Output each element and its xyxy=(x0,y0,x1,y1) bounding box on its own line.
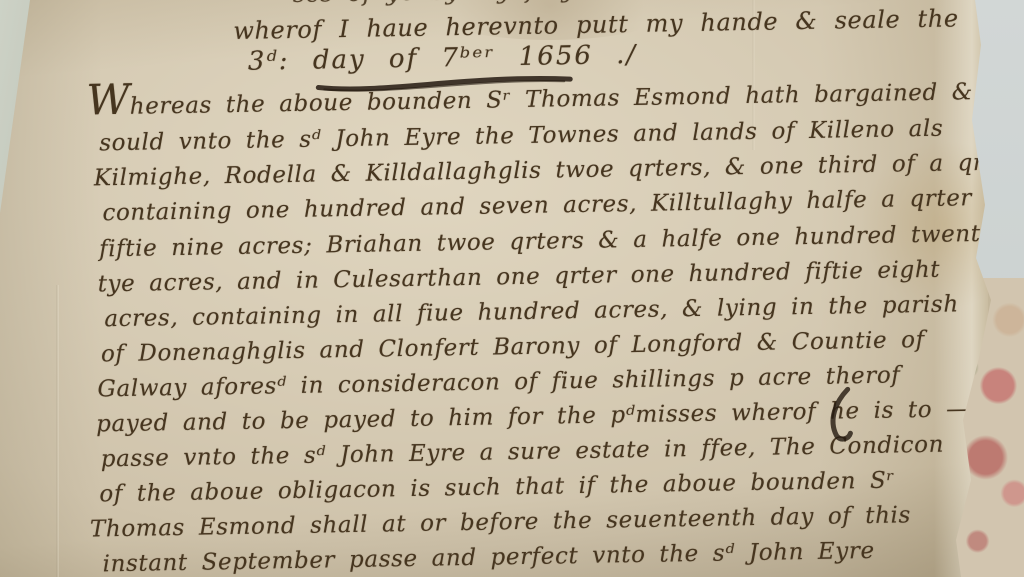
ink-swash xyxy=(814,385,875,446)
manuscript-line: Thomas Esmond shall at or before the seu… xyxy=(90,502,911,542)
manuscript-line: ses of ye by my fr ye s xyxy=(292,0,617,8)
photo-frame: ses of ye by my fr ye s wherof I haue he… xyxy=(0,0,1024,577)
manuscript-line: Kilmighe, Rodella & Killdallaghglis twoe… xyxy=(94,149,1021,191)
manuscript-line: sould vnto the sᵈ John Eyre the Townes a… xyxy=(99,116,943,157)
manuscript-line: of the aboue obligacon is such that if t… xyxy=(99,468,895,508)
manuscript-text: ses of ye by my fr ye s wherof I haue he… xyxy=(0,0,1024,577)
manuscript-line: acres, containing in all fiue hundred ac… xyxy=(104,291,959,332)
manuscript-line: instant September passe and perfect vnto… xyxy=(102,538,875,577)
manuscript-line: Galway aforesᵈ in consideracon of fiue s… xyxy=(97,362,900,402)
manuscript-line: fiftie nine acres; Briahan twoe qrters &… xyxy=(99,221,994,263)
manuscript-line: of Donenaghglis and Clonfert Barony of L… xyxy=(101,327,925,367)
manuscript-page: ses of ye by my fr ye s wherof I haue he… xyxy=(0,0,1024,577)
manuscript-line: containing one hundred and seven acres, … xyxy=(102,185,972,226)
manuscript-line: tye acres, and in Culesarthan one qrter … xyxy=(97,257,940,298)
manuscript-line: wherof I haue herevnto putt my hande & s… xyxy=(233,4,959,45)
